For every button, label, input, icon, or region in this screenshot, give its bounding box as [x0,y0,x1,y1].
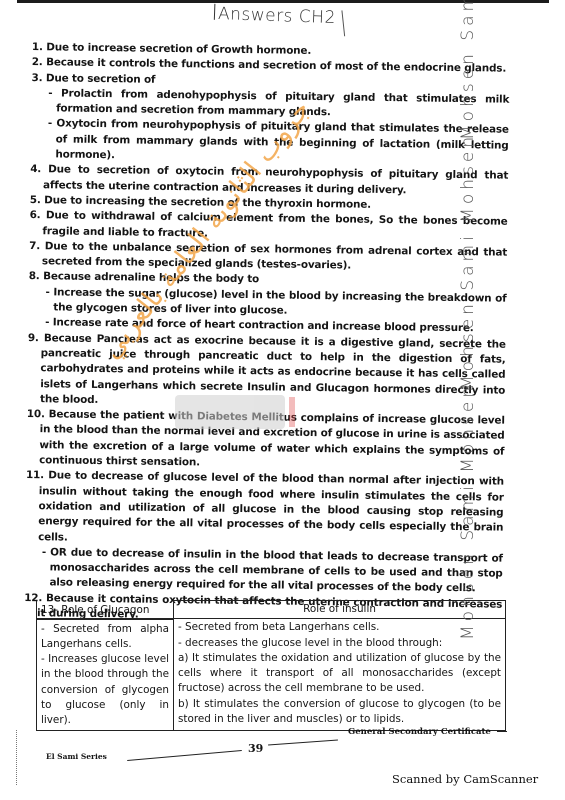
answer-subitem: - OR due to decrease of insulin in the b… [24,545,503,598]
insulin-item: - Secreted from beta Langerhans cells. [178,620,501,635]
answer-text: Due to secretion of [46,72,156,86]
answer-text: Due to decrease of glucose level of the … [38,470,504,543]
page-number: 39 [248,742,263,755]
answer-item: 11. Due to decrease of glucose level of … [25,468,504,551]
answer-number: 3. [31,72,42,84]
answer-number: 5. [30,194,41,206]
certificate-label: General Secondary Certificate [348,727,507,737]
answer-text: Due to the unbalance secretion of sex ho… [42,240,507,272]
answer-number: 9. [28,332,39,344]
insulin-header: Role of insulin [174,601,506,619]
answer-number: 2. [32,56,43,68]
handwritten-name: Mohsen Sami Mohsen [458,133,478,390]
answer-text: Due to withdrawal of calcium element fro… [42,210,507,240]
footer-rule [127,750,242,761]
answer-number: 8. [29,270,40,282]
insulin-column: - Secreted from beta Langerhans cells. -… [174,619,506,730]
glucagon-item: - Increases glucose level in the blood t… [41,652,169,728]
insulin-item: - decreases the glucose level in the blo… [178,636,501,651]
glucagon-column: 13- Role of Glucagon - Secreted from alp… [37,619,174,730]
insulin-item: b) It stimulates the conversion of gluco… [178,697,501,728]
scan-edge [16,730,18,785]
answer-text: Due to increase secretion of Growth horm… [46,41,311,57]
glucagon-header: 13- Role of Glucagon [37,603,173,619]
handwritten-name: Mohsen Sami Mohsen [458,0,478,140]
answer-number: 6. [30,209,41,221]
footer-rule [268,740,338,746]
handwritten-name: Mohsen Sami Mohsen [458,383,478,640]
answer-number: 10. [27,408,45,420]
series-label: El Sami Series [46,752,107,761]
answer-number: 4. [30,163,41,175]
answer-number: 7. [29,240,40,252]
insulin-item: a) It stimulates the oxidation and utili… [178,651,501,697]
glucagon-item: - Secreted from alpha Langerhans cells. [41,622,169,653]
answer-number: 11. [26,469,44,481]
hormone-role-table: Role of insulin 13- Role of Glucagon - S… [36,600,506,731]
logo-watermark [175,395,285,429]
scanner-watermark: Scanned by CamScanner [392,772,538,786]
answer-number: 1. [32,41,43,53]
answer-text: Due to secretion of oxytocin from neuroh… [43,164,508,196]
page-title-handwritten: Answers CH2 [218,4,336,28]
